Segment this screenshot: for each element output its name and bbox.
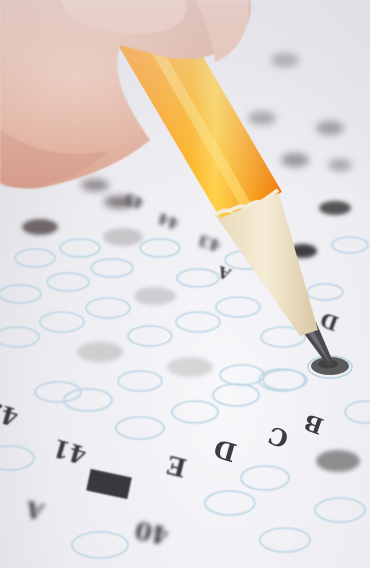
- choice-letter-b: B: [301, 408, 327, 439]
- timing-mark: [86, 469, 132, 499]
- question-number-42: 42: [0, 395, 22, 432]
- choice-letter-a: A: [23, 495, 48, 525]
- question-number-40: 40: [133, 515, 172, 550]
- question-number-44: 44: [156, 209, 182, 233]
- choice-letter-e: E: [164, 450, 190, 483]
- question-number-45: 45: [123, 190, 147, 212]
- choice-letter-a-top: A: [215, 262, 235, 285]
- choice-letter-c: C: [265, 420, 292, 453]
- choice-letter-d: D: [211, 433, 240, 467]
- partial-label: D: [317, 307, 342, 335]
- photo-scene: B C D E 41 42 A 40 D A 43 44 45: [0, 0, 370, 568]
- question-number-43: 43: [196, 231, 223, 256]
- question-number-41: 41: [50, 433, 90, 470]
- pencil: [115, 14, 334, 366]
- empty-bubbles: [0, 237, 370, 558]
- answer-sheet: B C D E 41 42 A 40 D A 43 44 45: [0, 0, 370, 568]
